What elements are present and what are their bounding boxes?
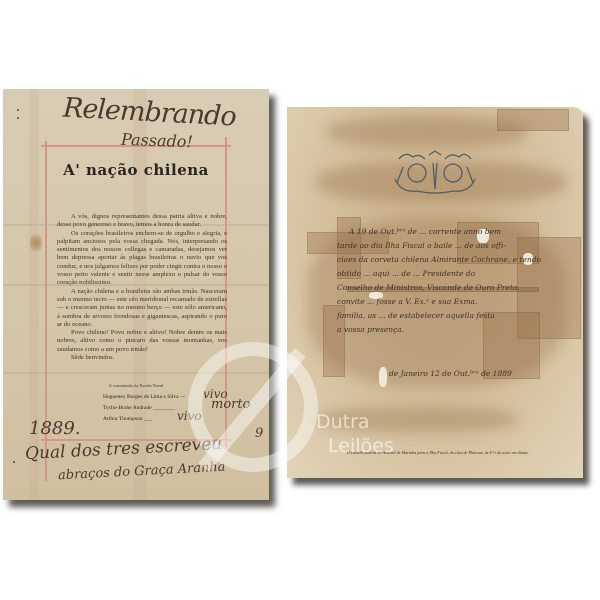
signatory-name: Arthur Thompson: [103, 416, 142, 422]
signatory-name: Hugueney Borges de Lima e Silva: [103, 394, 179, 400]
paper-tear: [379, 367, 387, 387]
script-line: convite ... fosse a V. Ex.ᵃ e sua Exma.: [337, 297, 477, 306]
paragraph: A nação chilena e a brasileira são ambas…: [57, 288, 227, 329]
paragraph: A vós, dignos representantes dessa patri…: [57, 213, 227, 230]
script-line: ciaes da corveta chilena Almirante Cochr…: [337, 255, 541, 264]
paragraph: Sêde benvindos.: [57, 354, 227, 362]
signatory-name: Tycho-Brahe Andrade: [103, 405, 152, 411]
signatory-row: Hugueney Borges de Lima e Silva —: [103, 394, 185, 400]
pin-hole: [17, 117, 19, 119]
pin-hole: [13, 461, 15, 463]
paper-stain: [30, 234, 42, 252]
coat-of-arms-icon: [389, 149, 481, 197]
handwritten-subtitle: Passado!: [121, 130, 193, 151]
signatory-row: Tycho-Brahe Andrade ________: [103, 405, 175, 411]
pin-hole: [17, 109, 19, 111]
printed-heading: A' nação chilena: [3, 161, 269, 179]
script-line: a vossa presença.: [337, 325, 404, 334]
watermark-line: Leilões: [316, 434, 394, 458]
script-line: Conselho de Ministros, Visconde de Ouro …: [337, 283, 520, 292]
paragraph: Os corações brasileiros enchem-se de org…: [57, 230, 227, 288]
watermark-line: Dutra: [316, 410, 394, 434]
date-line: de Janeiro 12 de Out.ᵇʳᵒ de 1889: [389, 369, 512, 378]
handwritten-title: Relembrando: [62, 93, 236, 133]
script-line: familia, as ... de estabelecer aquella f…: [337, 311, 495, 320]
script-line: tarde ao dia Ilha Fiscal o baile ... de …: [337, 241, 506, 250]
watermark-text: Dutra Leilões: [316, 410, 394, 458]
script-line: A 19 de Out.ᵇʳᵒ de ... corrente anno bem: [349, 227, 501, 236]
script-line: obtido ... aqui ... de ... Presidente do: [337, 269, 475, 278]
handwritten-year: 1889.: [29, 418, 81, 439]
paragraph: Povo chileno! Povo nobre e altivo! Nobre…: [57, 329, 227, 354]
letter-body: A vós, dignos representantes dessa patri…: [57, 213, 227, 362]
adhesive-tape: [497, 109, 569, 131]
signatory-row: Arthur Thompson ___: [103, 416, 152, 422]
